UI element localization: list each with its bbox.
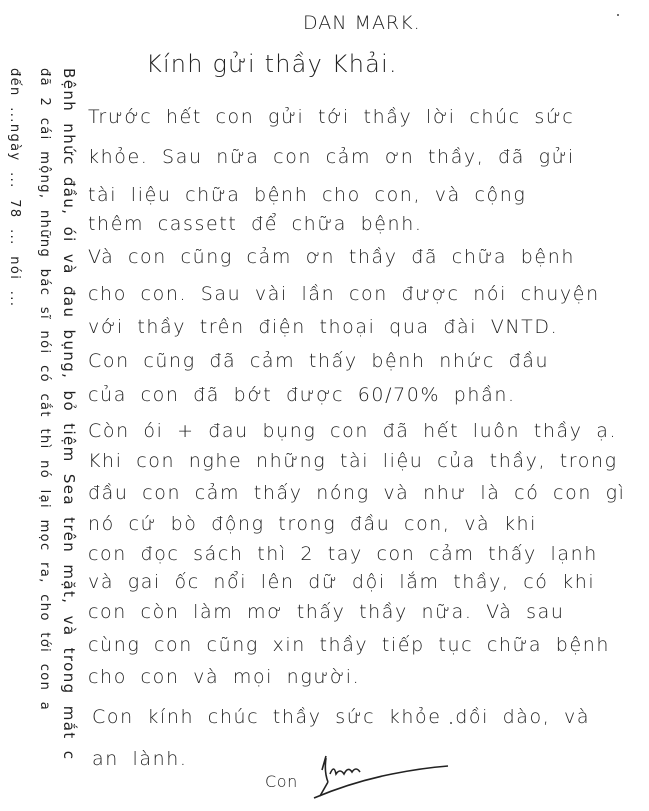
sign-off: Con [265,772,298,791]
body-line: nó cứ bò động trong đầu con, và khi [88,513,537,535]
closing-line: an lành. [92,748,188,770]
letter-salutation: Kính gửi thầy Khải. [146,50,398,78]
letter-location: DAN MARK. [303,12,421,34]
body-line: của con đã bớt được 60/70% phần. [88,384,516,406]
scanned-letter-page: DAN MARK. Kính gửi thầy Khải. Trước hết … [0,0,649,811]
signature-icon [312,752,452,802]
body-line: Còn ói + đau bụng con đã hết luôn thầy ạ… [88,420,617,442]
body-line: Và con cũng cảm ơn thầy đã chữa bệnh [88,246,575,268]
margin-note: đã 2 cái mộng, những bác sĩ nói có cắt t… [37,68,52,711]
margin-note: đến ...ngày ... 78 ... nói ... [7,68,22,307]
body-line: với thầy trên điện thoại qua đài VNTD. [88,316,558,338]
scan-speck [617,14,619,16]
body-line: con đọc sách thì 2 tay con cảm thấy lạnh [88,543,598,565]
margin-note: Bệnh nhức đầu, ói và đau bụng, bỏ tiệm S… [60,68,78,760]
body-line: Con cũng đã cảm thấy bệnh nhức đầu [88,350,549,372]
body-line: khỏe. Sau nữa con cảm ơn thầy, đã gửi [88,146,575,168]
body-line: cùng con cũng xin thầy tiếp tục chữa bện… [88,634,610,656]
body-line: con còn làm mơ thấy thầy nữa. Và sau [88,601,565,623]
scan-speck [450,722,452,724]
closing-line: Con kính chúc thầy sức khỏe dồi dào, và [92,706,590,728]
body-line: Trước hết con gửi tới thầy lời chúc sức [88,106,574,128]
body-line: và gai ốc nổi lên dữ dội lắm thầy, có kh… [88,571,595,593]
body-line: Khi con nghe những tài liệu của thầy, tr… [88,450,618,472]
body-line: thêm cassett để chữa bệnh. [88,213,422,235]
body-line: cho con và mọi người. [88,666,360,688]
body-line: cho con. Sau vài lần con được nói chuyện [88,283,600,305]
body-line: đầu con cảm thấy nóng và như là có con g… [88,482,626,504]
body-line: tài liệu chữa bệnh cho con, và cộng [88,184,526,206]
